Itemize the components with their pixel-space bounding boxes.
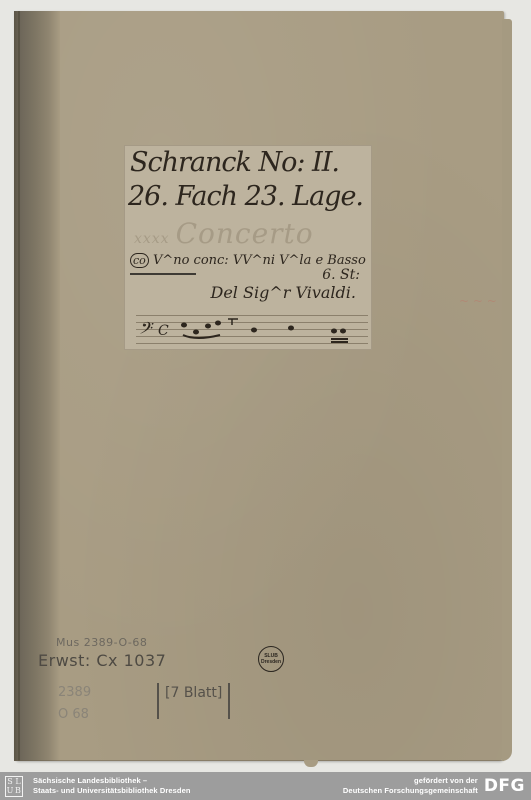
funding-line2: Deutschen Forschungsgemeinschaft: [343, 786, 478, 796]
cover-spine: [14, 11, 60, 761]
red-annotation: ~ ~ ~: [459, 294, 497, 308]
library-stamp: SLUB Dresden: [258, 646, 284, 672]
old-number-annotation-1: 2389: [58, 685, 91, 700]
library-name: Sächsische Landesbibliothek – Staats- un…: [33, 776, 191, 796]
footer-bar: S L U B Sächsische Landesbibliothek – St…: [0, 772, 531, 800]
musical-incipit: 𝄢 C: [136, 315, 368, 343]
library-name-line1: Sächsische Landesbibliothek –: [33, 776, 191, 786]
label-instrumentation-circled: co: [130, 253, 149, 268]
funding-text: gefördert von der Deutschen Forschungsge…: [343, 776, 478, 796]
paper-tear: [304, 760, 318, 767]
library-credit: S L U B Sächsische Landesbibliothek – St…: [5, 776, 191, 797]
label-underline: [130, 273, 196, 275]
shelfmark-annotation: Mus 2389-O-68: [56, 636, 147, 649]
cover-bottom-edge: [14, 751, 504, 761]
accession-annotation: Erwst: Cx 1037: [38, 651, 166, 670]
stamp-line2: Dresden: [261, 659, 281, 665]
slub-logo-icon[interactable]: S L U B: [5, 776, 23, 797]
label-genre-prefix: xxxx: [134, 231, 170, 247]
label-genre: xxxxConcerto: [134, 217, 314, 250]
label-genre-text: Concerto: [176, 217, 314, 250]
label-cabinet-number: Schranck No: II.: [130, 147, 339, 178]
dfg-logo-icon[interactable]: DFG: [484, 776, 525, 796]
label-instrumentation: co V^no conc: VV^ni V^la e Basso: [130, 253, 366, 268]
scan-viewport: ~ ~ ~ Schranck No: II. 26. Fach 23. Lage…: [0, 0, 531, 772]
library-name-line2: Staats- und Universitätsbibliothek Dresd…: [33, 786, 191, 796]
title-label: Schranck No: II. 26. Fach 23. Lage. xxxx…: [124, 145, 372, 350]
funding-credit: gefördert von der Deutschen Forschungsge…: [343, 776, 525, 796]
funding-line1: gefördert von der: [343, 776, 478, 786]
label-composer: Del Sig^r Vivaldi.: [211, 283, 357, 302]
old-number-annotation-2: O 68: [58, 707, 89, 722]
label-parts-count: 6. St:: [322, 267, 360, 283]
folio-count-annotation: [7 Blatt]: [157, 683, 230, 719]
svg-text:C: C: [158, 323, 169, 339]
label-shelf-position: 26. Fach 23. Lage.: [128, 181, 363, 212]
svg-text:𝄢: 𝄢: [138, 318, 154, 342]
incipit-notes-icon: 𝄢 C: [136, 311, 368, 345]
label-instrumentation-text: V^no conc: VV^ni V^la e Basso: [153, 253, 366, 268]
